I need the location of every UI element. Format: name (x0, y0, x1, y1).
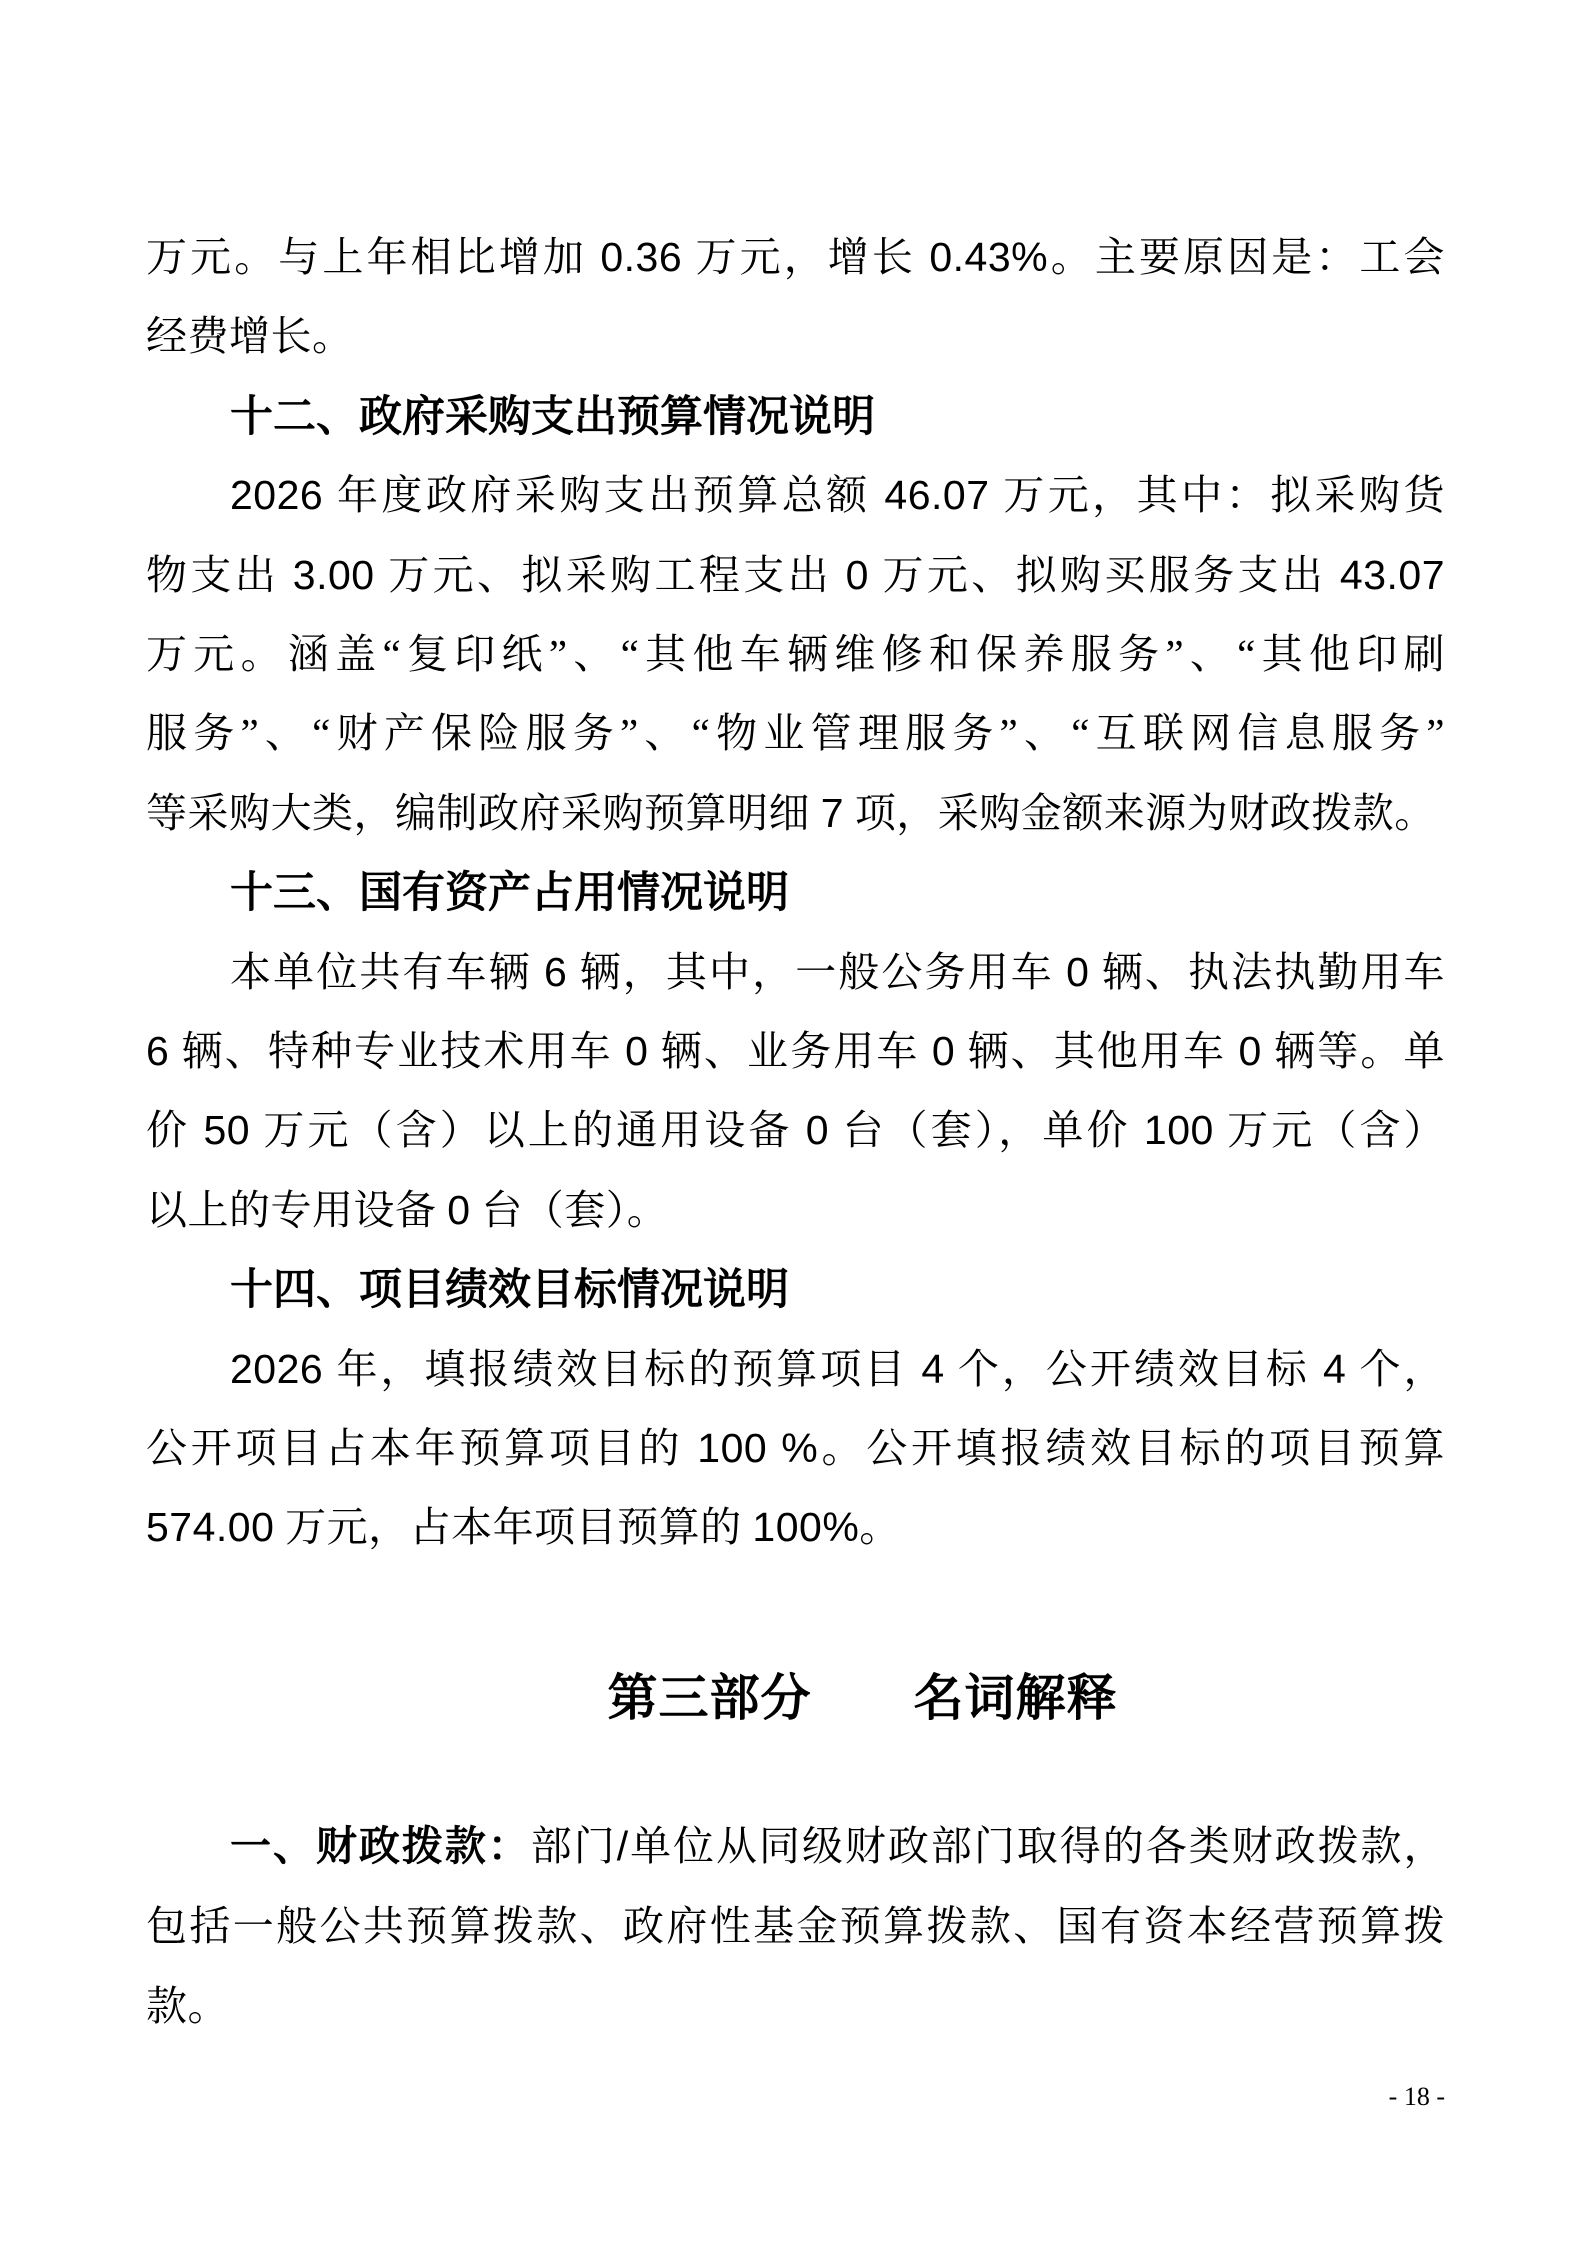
page-number: - 18 - (1389, 2082, 1445, 2112)
term-definition-line: 一、财政拨款：部门/单位从同级财政部门取得的各类财政拨款， (146, 1824, 1445, 1869)
body-line: 6 辆、特种专业技术用车 0 辆、业务用车 0 辆、其他用车 0 辆等。单 (146, 1029, 1445, 1074)
body-line: 以上的专用设备 0 台（套）。 (146, 1188, 1445, 1233)
body-line: 公开项目占本年预算项目的 100 %。公开填报绩效目标的项目预算 (146, 1426, 1445, 1471)
body-line: 等采购大类，编制政府采购预算明细 7 项，采购金额来源为财政拨款。 (146, 791, 1445, 836)
body-line: 物支出 3.00 万元、拟采购工程支出 0 万元、拟购买服务支出 43.07 (146, 553, 1445, 598)
body-line: 万元。与上年相比增加 0.36 万元，增长 0.43%。主要原因是：工会 (146, 235, 1445, 280)
body-line: 服务”、“财产保险服务”、“物业管理服务”、“互联网信息服务” (146, 711, 1445, 756)
body-line: 经费增长。 (146, 314, 1445, 359)
document-page: 万元。与上年相比增加 0.36 万元，增长 0.43%。主要原因是：工会 经费增… (0, 0, 1588, 2245)
section-heading-14: 十四、项目绩效目标情况说明 (146, 1267, 1445, 1314)
term-label: 一、财政拨款： (230, 1823, 531, 1869)
body-line: 2026 年，填报绩效目标的预算项目 4 个，公开绩效目标 4 个， (146, 1347, 1445, 1392)
body-line: 2026 年度政府采购支出预算总额 46.07 万元，其中：拟采购货 (146, 473, 1445, 518)
body-line: 万元。涵盖“复印纸”、“其他车辆维修和保养服务”、“其他印刷 (146, 632, 1445, 677)
section-heading-13: 十三、国有资产占用情况说明 (146, 870, 1445, 917)
section-heading-12: 十二、政府采购支出预算情况说明 (146, 394, 1445, 441)
term-definition-line: 款。 (146, 1984, 1445, 2029)
body-line: 价 50 万元（含）以上的通用设备 0 台（套），单价 100 万元（含） (146, 1108, 1445, 1153)
part3-heading: 第三部分 名词解释 (146, 1671, 1445, 1726)
body-line: 574.00 万元，占本年项目预算的 100%。 (146, 1505, 1445, 1550)
term-text: 部门/单位从同级财政部门取得的各类财政拨款， (531, 1823, 1445, 1869)
body-line: 本单位共有车辆 6 辆，其中，一般公务用车 0 辆、执法执勤用车 (146, 950, 1445, 995)
term-definition-line: 包括一般公共预算拨款、政府性基金预算拨款、国有资本经营预算拨 (146, 1904, 1445, 1949)
